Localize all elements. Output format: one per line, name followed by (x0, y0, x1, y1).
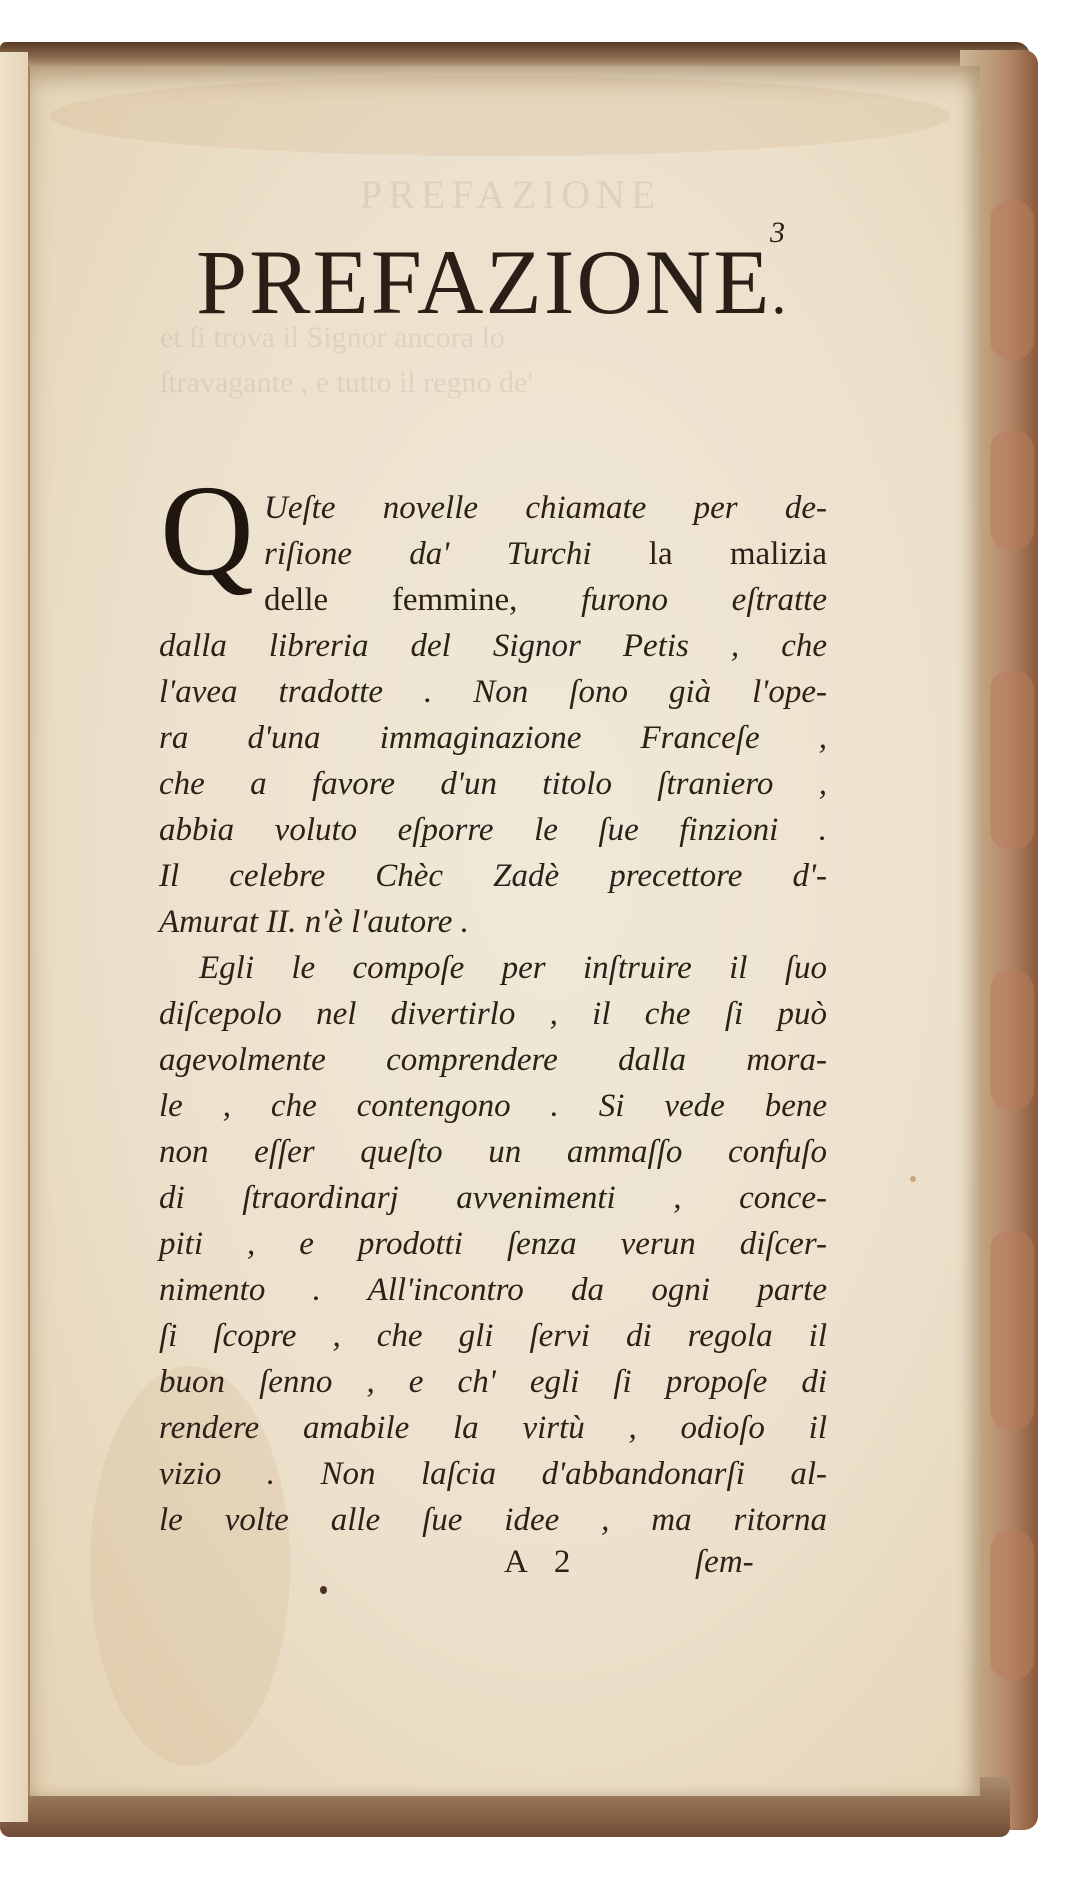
text-roman: la malizia (592, 536, 827, 572)
text-line: le volte alle ſue idee , ma ritorna (159, 1497, 827, 1543)
text-line: delle femmine, furono eſtratte (264, 577, 827, 623)
bleed-through-text: ſtravagante , e tutto il regno de' (160, 366, 533, 400)
title-text: PREFAZIONE (196, 231, 771, 333)
text-line: abbia voluto eſporre le ſue finzioni . (159, 807, 827, 853)
text-line: rendere amabile la virtù , odioſo il (159, 1405, 827, 1451)
text-line: buon ſenno , e ch' egli ſi propoſe di (159, 1359, 827, 1405)
water-stain (50, 76, 950, 156)
text-line: Egli le compoſe per inſtruire il ſuo (199, 945, 827, 991)
text-line: nimento . All'incontro da ogni parte (159, 1267, 827, 1313)
bleed-through-text: PREFAZIONE (360, 171, 661, 218)
text-line: di ſtraordinarj avvenimenti , conce- (159, 1175, 827, 1221)
book-page: PREFAZIONE et ſi trova il Signor ancora … (28, 66, 980, 1796)
marbled-edge-pattern (990, 200, 1034, 360)
text-line: non eſſer queſto un ammaſſo confuſo (159, 1129, 827, 1175)
book: PREFAZIONE et ſi trova il Signor ancora … (0, 42, 1038, 1842)
signature-number: 2 (554, 1544, 571, 1580)
title-period: . (771, 260, 788, 326)
foxing-speck (910, 1176, 916, 1182)
marbled-edge-pattern (990, 430, 1034, 550)
text-line: che a favore d'un titolo ſtraniero , (159, 761, 827, 807)
ink-speck (320, 1586, 327, 1594)
text-line: Il celebre Chèc Zadè precettore d'- (159, 853, 827, 899)
drop-cap: Q (160, 466, 254, 596)
text-italic: riſione da' Turchi (264, 536, 592, 572)
text-line: dalla libreria del Signor Petis , che (159, 623, 827, 669)
page-number: 3 (770, 216, 785, 250)
catchword: ſem- (695, 1544, 754, 1581)
text-line: diſcepolo nel divertirlo , il che ſi può (159, 991, 827, 1037)
marbled-edge-pattern (990, 1230, 1034, 1430)
text-line: ra d'una immaginazione Franceſe , (159, 715, 827, 761)
text-line: Amurat II. n'è l'autore . (159, 899, 827, 945)
text-line: le , che contengono . Si vede bene (159, 1083, 827, 1129)
text-line: vizio . Non laſcia d'abbandonarſi al- (159, 1451, 827, 1497)
text-line: l'avea tradotte . Non ſono già l'ope- (159, 669, 827, 715)
page-title: PREFAZIONE. (196, 236, 788, 328)
marbled-edge-pattern (990, 970, 1034, 1110)
text-line: Ueſte novelle chiamate per de- (264, 485, 827, 531)
text-line: piti , e prodotti ſenza verun diſcer- (159, 1221, 827, 1267)
signature-mark: A2 (504, 1544, 570, 1581)
signature-letter: A (504, 1544, 528, 1580)
text-roman: delle femmine, (264, 582, 517, 618)
marbled-edge-pattern (990, 1530, 1034, 1680)
facing-page-edge (0, 52, 28, 1822)
text-italic: furono eſtratte (517, 582, 827, 618)
text-line: ſi ſcopre , che gli ſervi di regola il (159, 1313, 827, 1359)
marbled-edge-pattern (990, 670, 1034, 850)
text-line: agevolmente comprendere dalla mora- (159, 1037, 827, 1083)
text-line: riſione da' Turchi la malizia (264, 531, 827, 577)
